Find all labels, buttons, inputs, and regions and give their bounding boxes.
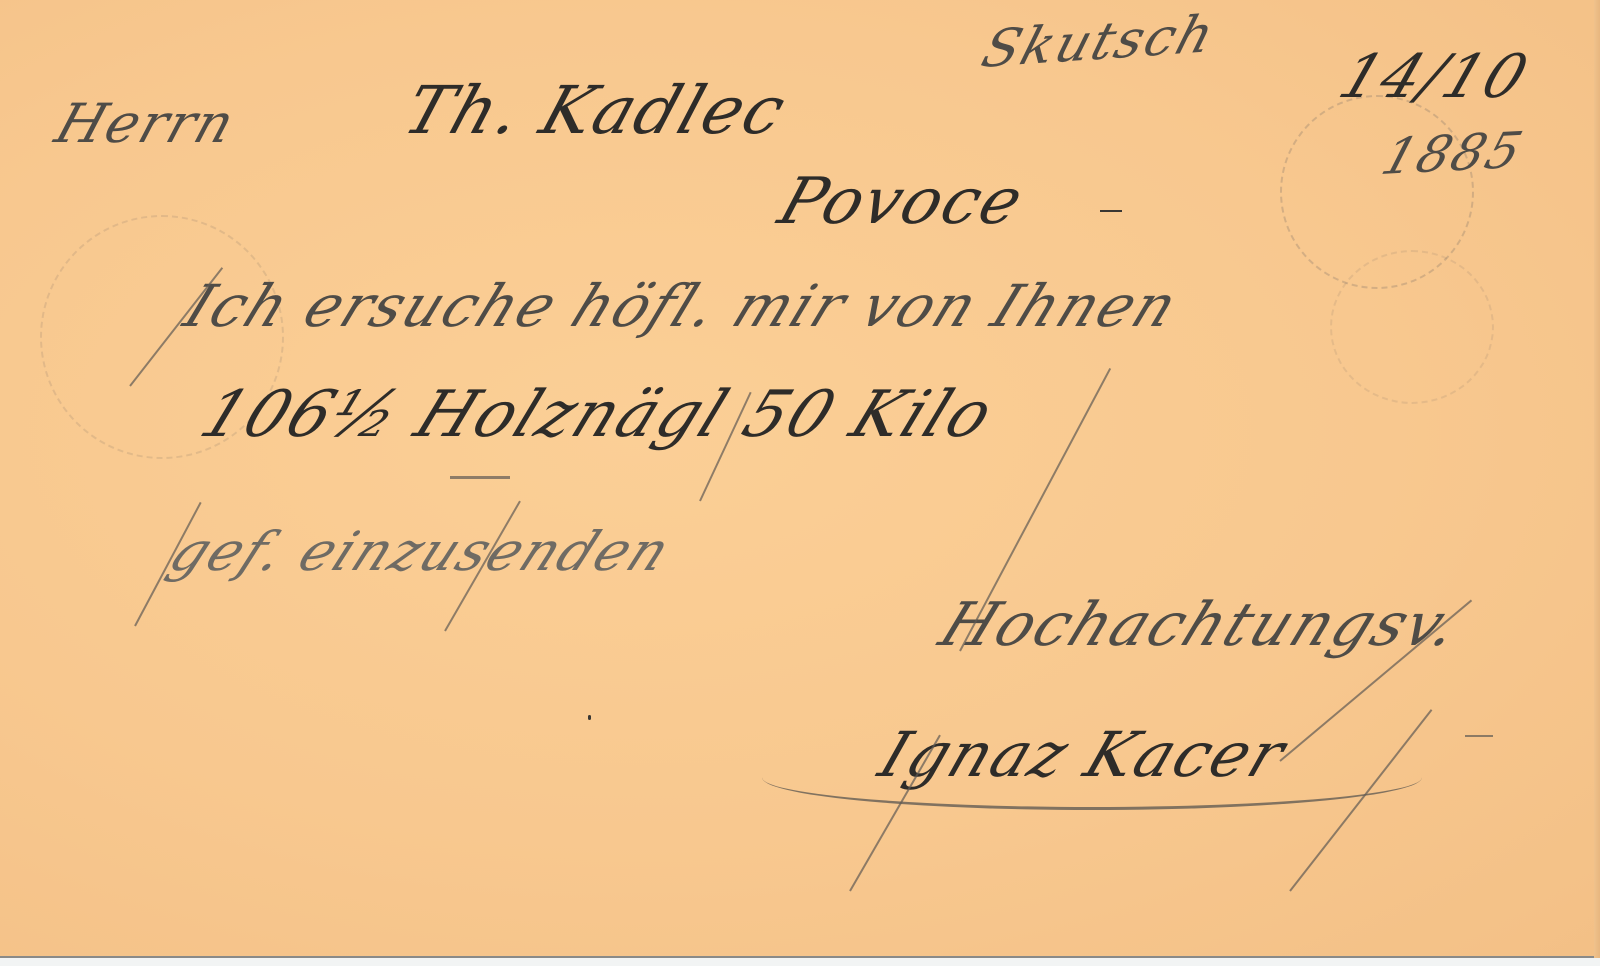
salutation: Herrn <box>48 92 244 155</box>
postmark-right-lower <box>1330 250 1494 404</box>
destination-macron <box>1100 210 1122 212</box>
date-year: 1885 <box>1375 121 1531 186</box>
destination: Povoce <box>770 165 1033 239</box>
date-day-month: 14/10 <box>1330 42 1538 112</box>
body-line-3: gef. einzusenden <box>160 520 682 583</box>
place-name: Skutsch <box>975 4 1223 80</box>
valediction: Hochachtungsv. <box>930 590 1471 660</box>
body-line-2: 106½ Holznägl 50 Kilo <box>190 378 1005 452</box>
postcard: Herrn Th. Kadlec Skutsch 14/10 1885 Povo… <box>0 0 1600 958</box>
addressee-name: Th. Kadlec <box>395 72 797 149</box>
signature-flourish <box>762 745 1422 810</box>
fraction-underline <box>450 476 510 479</box>
ink-speck <box>588 715 591 720</box>
card-edge <box>1594 0 1600 958</box>
signature-dash <box>1465 735 1493 737</box>
body-line-1: Ich ersuche höfl. mir von Ihnen <box>175 272 1189 340</box>
